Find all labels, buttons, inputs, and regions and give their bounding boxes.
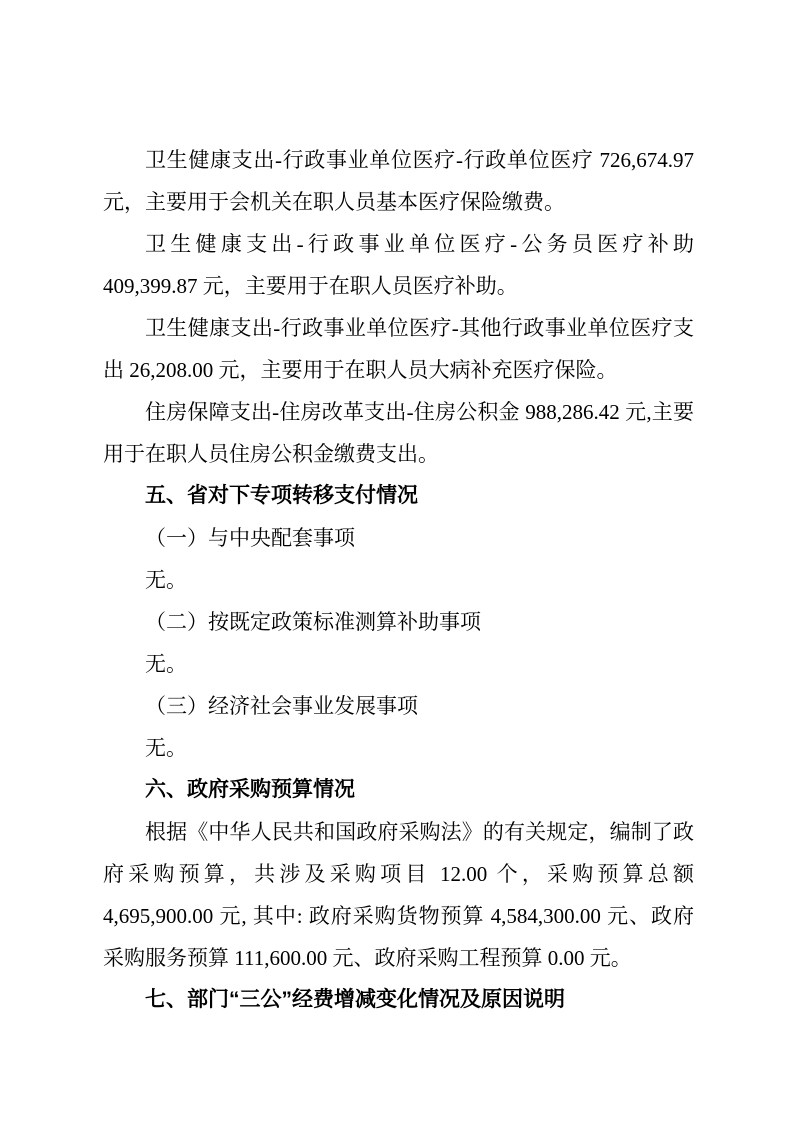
paragraph-other-admin-medical: 卫生健康支出-行政事业单位医疗-其他行政事业单位医疗支出 26,208.00 元… bbox=[103, 307, 694, 391]
text-none-1: 无。 bbox=[103, 559, 694, 601]
subheading-5-3-economic-social-dev: （三）经济社会事业发展事项 bbox=[103, 685, 694, 727]
paragraph-admin-unit-medical: 卫生健康支出-行政事业单位医疗-行政单位医疗 726,674.97 元，主要用于… bbox=[103, 139, 694, 223]
text-none-3: 无。 bbox=[103, 727, 694, 769]
subheading-5-1-central-matching: （一）与中央配套事项 bbox=[103, 517, 694, 559]
heading-section-5-transfer-payments: 五、省对下专项转移支付情况 bbox=[103, 475, 694, 517]
subheading-5-2-policy-standard-subsidy: （二）按既定政策标准测算补助事项 bbox=[103, 601, 694, 643]
text-none-2: 无。 bbox=[103, 643, 694, 685]
paragraph-procurement-budget: 根据《中华人民共和国政府采购法》的有关规定，编制了政府采购预算，共涉及采购项目 … bbox=[103, 811, 694, 979]
paragraph-housing-fund: 住房保障支出-住房改革支出-住房公积金 988,286.42 元,主要用于在职人… bbox=[103, 391, 694, 475]
heading-section-6-procurement: 六、政府采购预算情况 bbox=[103, 769, 694, 811]
heading-section-7-three-public-funds: 七、部门“三公”经费增减变化情况及原因说明 bbox=[103, 979, 694, 1021]
paragraph-civil-servant-medical-subsidy: 卫生健康支出-行政事业单位医疗-公务员医疗补助 409,399.87 元，主要用… bbox=[103, 223, 694, 307]
document-page: 卫生健康支出-行政事业单位医疗-行政单位医疗 726,674.97 元，主要用于… bbox=[0, 0, 793, 1122]
